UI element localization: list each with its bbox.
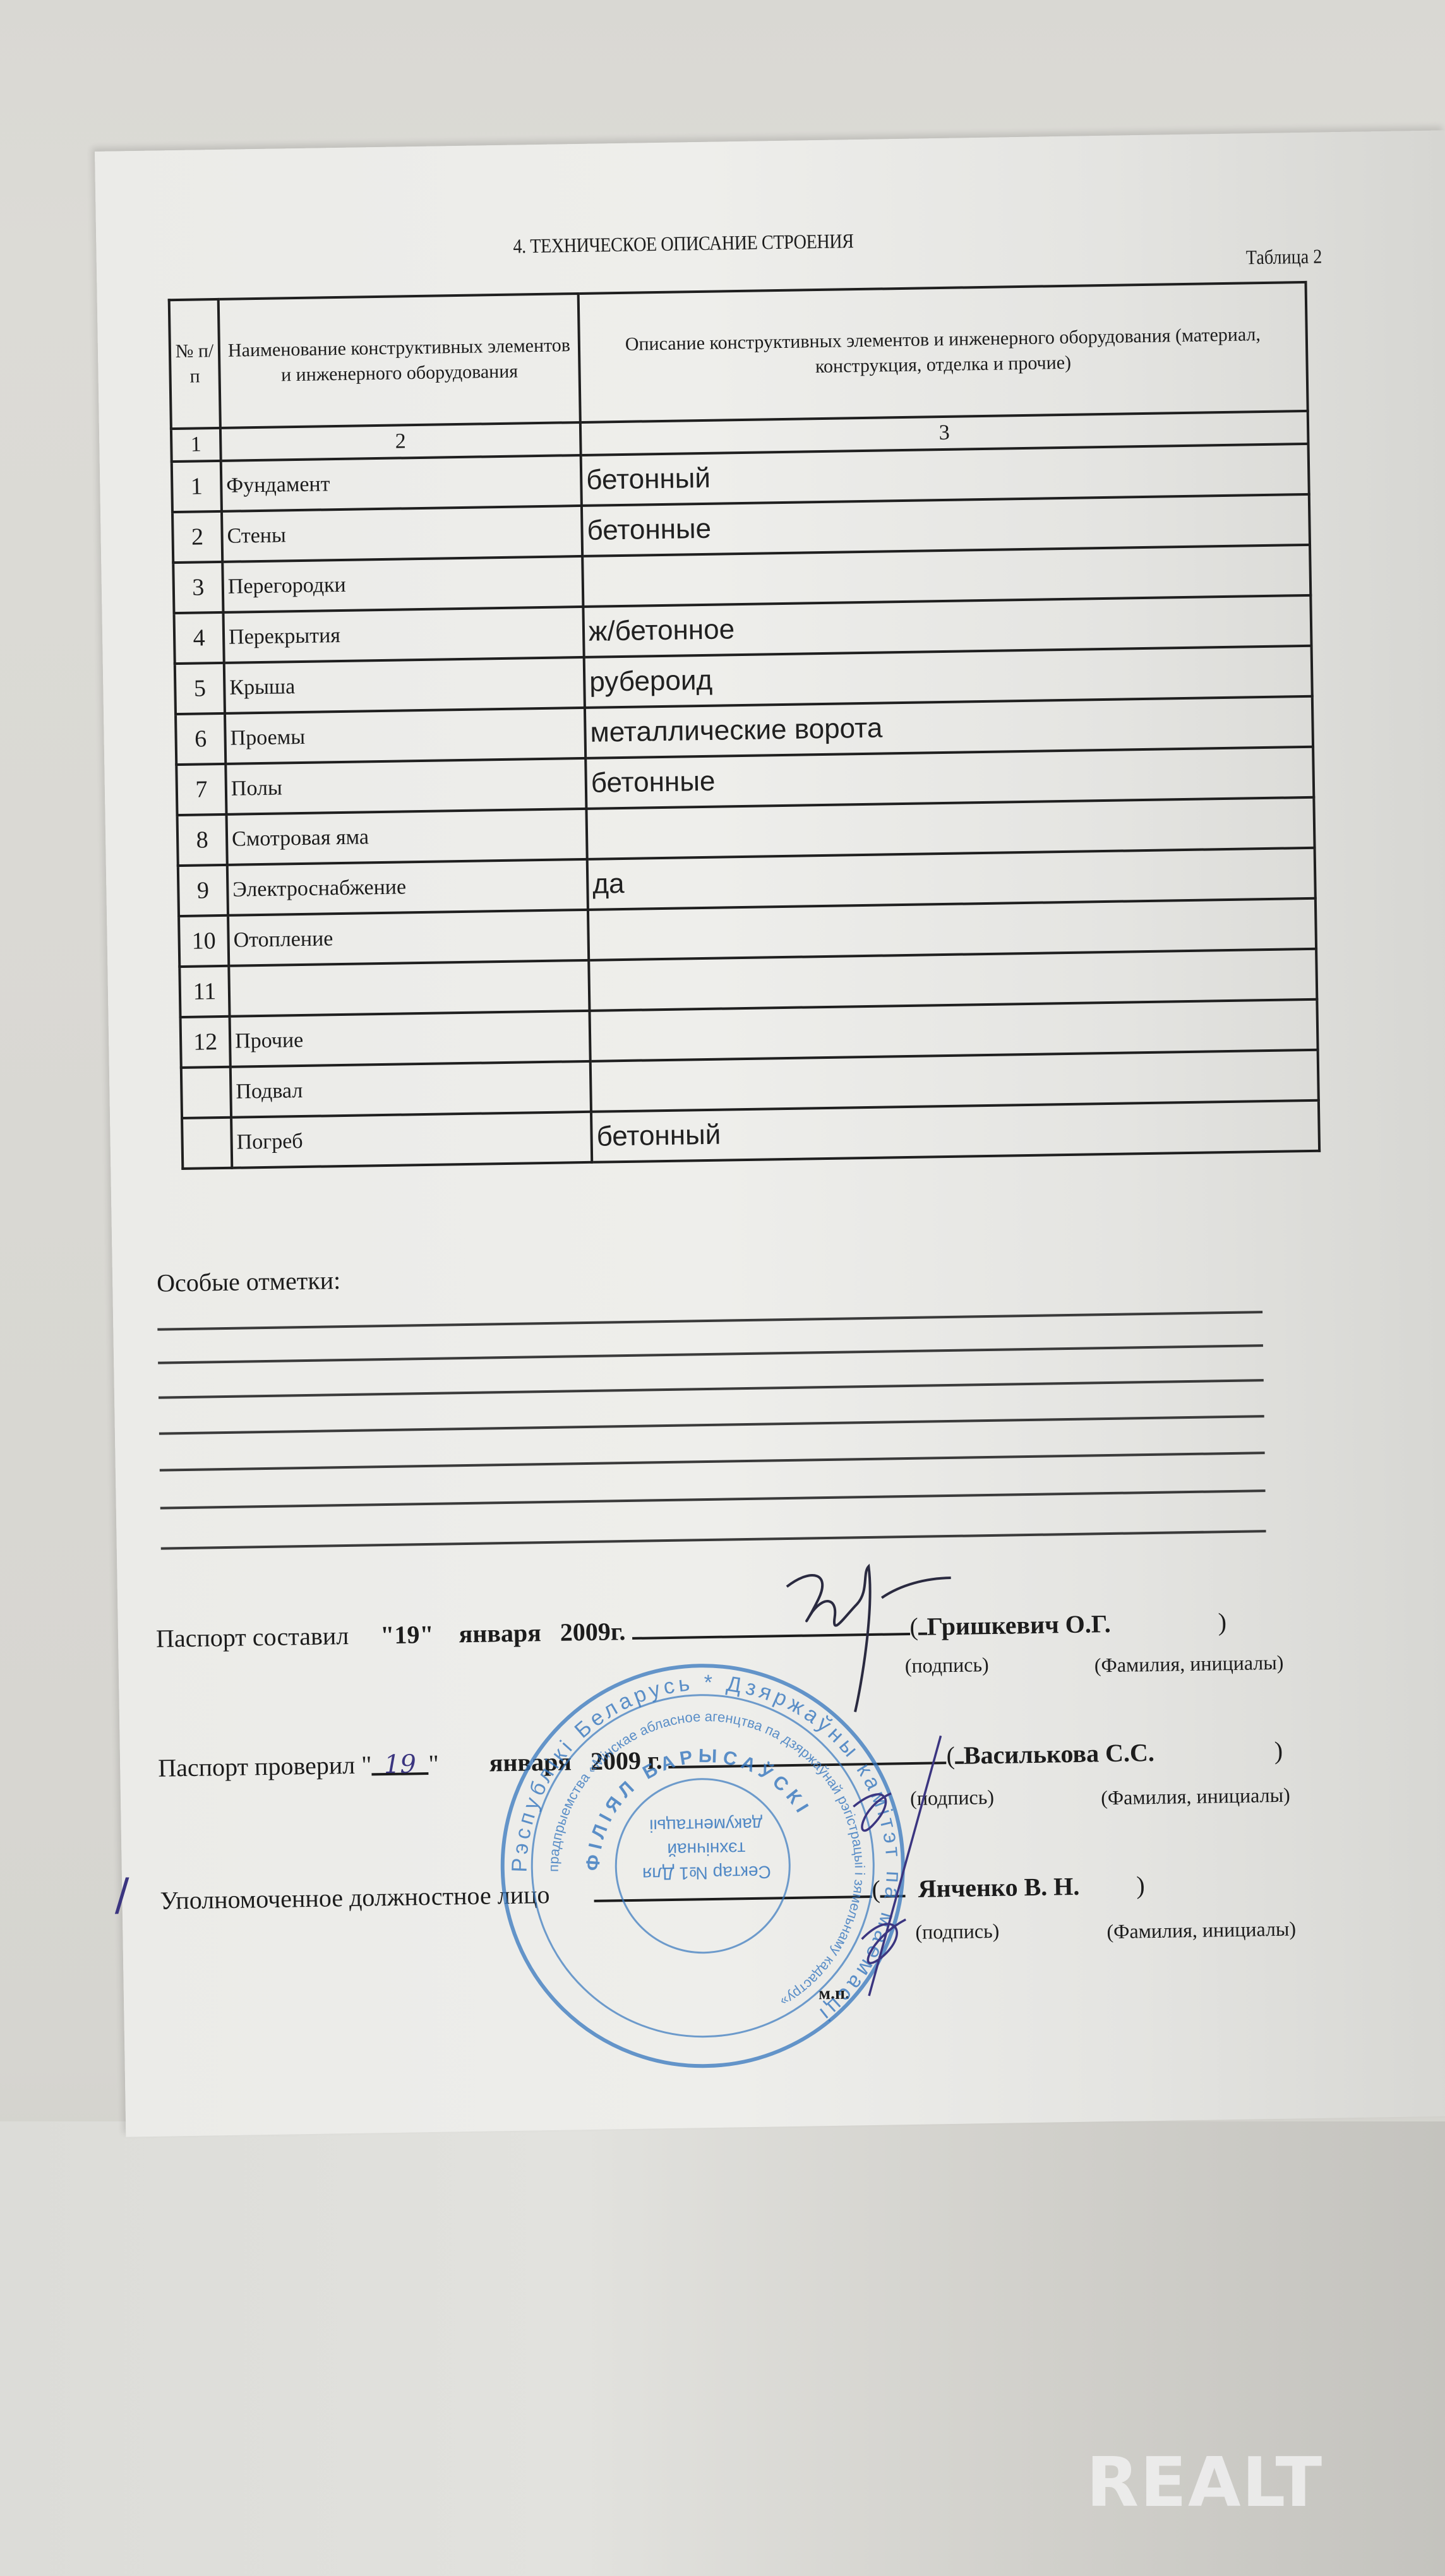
row-name: Подвал [231, 1061, 591, 1118]
table-header-row: № п/п Наименование конструктивных элемен… [169, 282, 1308, 429]
name-underscore [880, 1872, 906, 1898]
compiled-name: Гришкевич О.Г. [926, 1609, 1111, 1641]
row-name: Погреб [231, 1112, 592, 1168]
checked-by-label: Паспорт проверил [158, 1751, 356, 1782]
signature-line [594, 1873, 872, 1902]
row-number: 10 [179, 915, 229, 967]
signature-caption: (подпись) [915, 1919, 999, 1944]
compiled-by-row: Паспорт составил "19" января 2009г. (Гри… [156, 1605, 1227, 1654]
stamp-text-rings: Рэспублiкi Беларусь * Дзяржаўны камiтэт … [501, 1664, 912, 2075]
stamp-ring [614, 1777, 792, 1955]
row-name: Отопление [228, 910, 589, 966]
row-value: бетонный [591, 1100, 1319, 1162]
signature-caption: (подпись) [905, 1653, 989, 1678]
authorized-official-row: Уполномоченное должностное лицо ( Янченк… [160, 1868, 1145, 1915]
checked-month: января [489, 1747, 572, 1777]
header-number: № п/п [169, 299, 220, 429]
row-number: 4 [174, 612, 224, 664]
row-number: 6 [176, 713, 225, 765]
compiled-day: "19" [380, 1620, 434, 1649]
row-name: Перегородки [222, 556, 583, 612]
table-label: Таблица 2 [1246, 244, 1322, 269]
note-line [158, 1344, 1263, 1364]
special-notes-label: Особые отметки: [157, 1265, 341, 1298]
signature-line [632, 1610, 910, 1640]
note-line [159, 1379, 1264, 1398]
note-line [157, 1311, 1262, 1330]
svg-text:Рэспублiкi Беларусь * Дзяржаўн: Рэспублiкi Беларусь * Дзяржаўны камiтэт … [505, 1667, 908, 2032]
technical-description-table: № п/п Наименование конструктивных элемен… [168, 281, 1321, 1170]
row-name: Полы [225, 758, 586, 814]
name-underscore [918, 1610, 927, 1635]
row-name: Электроснабжение [227, 859, 588, 915]
column-number: 1 [171, 428, 221, 462]
note-line [161, 1530, 1266, 1549]
row-name: Перекрытия [223, 607, 584, 663]
seal-mark: м.п. [818, 1984, 850, 2005]
row-name: Стены [222, 506, 582, 562]
official-stamp: Рэспублiкi Беларусь * Дзяржаўны камiтэт … [498, 1661, 908, 2071]
realt-watermark-logo: REALT [1086, 2443, 1323, 2522]
signature-line [668, 1739, 947, 1768]
document-page: 4. ТЕХНИЧЕСКОЕ ОПИСАНИЕ СТРОЕНИЯ Таблица… [95, 130, 1445, 2137]
row-number: 12 [181, 1017, 231, 1068]
row-number: 5 [175, 663, 225, 714]
row-number: 8 [177, 814, 227, 866]
row-name: Смотровая яма [227, 809, 587, 865]
row-number: 1 [172, 461, 222, 512]
name-caption: (Фамилия, инициалы) [1094, 1651, 1284, 1678]
handwritten-mark: / [114, 1868, 130, 1920]
row-number: 7 [176, 764, 226, 815]
checked-year: 2009 г. [591, 1746, 663, 1775]
row-name: Прочие [230, 1011, 591, 1067]
row-name: Крыша [224, 657, 585, 713]
checked-name: Василькова С.С. [963, 1738, 1154, 1770]
checked-day: 19 [371, 1750, 429, 1775]
row-number: 9 [178, 865, 228, 916]
name-caption: (Фамилия, инициалы) [1106, 1917, 1296, 1943]
row-number: 3 [173, 562, 223, 613]
note-line [159, 1415, 1264, 1434]
watermark-text: REALT [1086, 2443, 1323, 2522]
signature-caption: (подпись) [910, 1786, 994, 1810]
header-element-name: Наименование конструктивных элементов и … [219, 294, 580, 428]
row-number [181, 1067, 231, 1118]
name-caption: (Фамилия, инициалы) [1101, 1784, 1290, 1810]
row-number: 11 [179, 966, 229, 1017]
row-number: 2 [172, 511, 222, 563]
column-number: 2 [220, 422, 581, 461]
name-underscore [954, 1739, 964, 1764]
header-element-description: Описание конструктивных элементов и инже… [579, 282, 1308, 422]
row-name: Фундамент [221, 455, 582, 511]
section-title: 4. ТЕХНИЧЕСКОЕ ОПИСАНИЕ СТРОЕНИЯ [513, 229, 854, 258]
note-line [160, 1452, 1265, 1471]
compiled-by-label: Паспорт составил [156, 1621, 349, 1653]
row-number [182, 1118, 232, 1169]
checked-by-row: Паспорт проверил "19" января 2009 г. (Ва… [158, 1734, 1283, 1783]
row-name [229, 960, 589, 1017]
row-name: Проемы [225, 708, 585, 764]
compiled-year: 2009г. [560, 1617, 625, 1647]
note-line [160, 1489, 1266, 1509]
compiled-month: января [459, 1618, 541, 1648]
authorized-name: Янченко В. Н. [918, 1872, 1079, 1903]
authorized-official-label: Уполномоченное должностное лицо [160, 1880, 550, 1915]
